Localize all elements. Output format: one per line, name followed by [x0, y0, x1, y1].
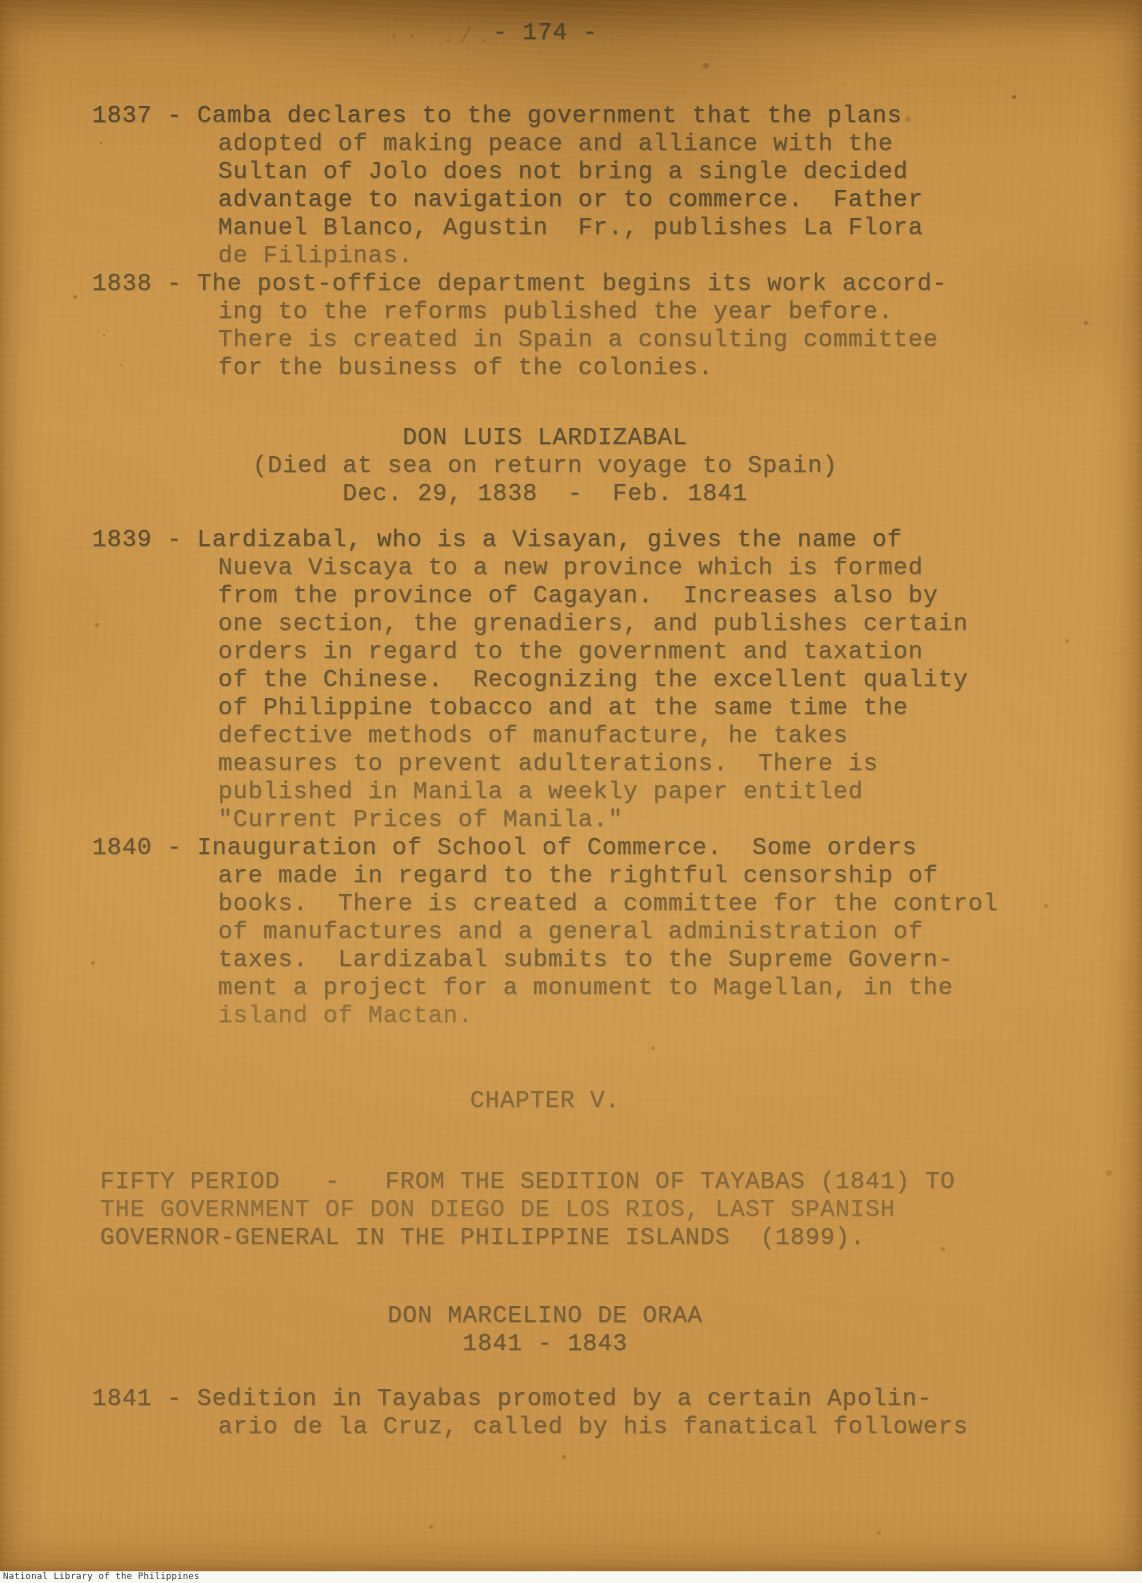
entry-text: Sedition in Tayabas promoted by a certai… — [197, 1386, 932, 1413]
year-label: 1838 — [92, 271, 152, 298]
text-line: ario de la Cruz, called by his fanatical… — [92, 1414, 968, 1442]
text-line: 1841 - 1843 — [0, 1331, 1090, 1359]
text-line: one section, the grenadiers, and publish… — [92, 611, 968, 639]
text-line: DON LUIS LARDIZABAL — [0, 425, 1090, 453]
text-line: published in Manila a weekly paper entit… — [92, 779, 968, 807]
entry-1841: 1841 - Sedition in Tayabas promoted by a… — [92, 1386, 968, 1442]
chapter-period-paragraph: FIFTY PERIOD - FROM THE SEDITION OF TAYA… — [100, 1169, 955, 1253]
text-line: island of Mactan. — [92, 1003, 998, 1031]
year-separator: - — [152, 1386, 197, 1413]
entry-first-line: 1840 - Inauguration of School of Commerc… — [92, 835, 998, 863]
year-label: 1837 — [92, 103, 152, 130]
text-line: DON MARCELINO DE ORAA — [0, 1303, 1090, 1331]
entry-1839: 1839 - Lardizabal, who is a Visayan, giv… — [92, 527, 968, 835]
chapter-heading: CHAPTER V. — [0, 1088, 1090, 1116]
text-line: are made in regard to the rightful censo… — [92, 863, 998, 891]
paper-background: ·· ./. - 174 - 1837 - Camba declares to … — [0, 0, 1142, 1573]
text-line: for the business of the colonies. — [92, 355, 947, 383]
entry-text: Lardizabal, who is a Visayan, gives the … — [197, 527, 902, 554]
text-line: measures to prevent adulterations. There… — [92, 751, 968, 779]
year-separator: - — [152, 835, 197, 862]
text-line: "Current Prices of Manila." — [92, 807, 968, 835]
entry-first-line: 1837 - Camba declares to the government … — [92, 103, 923, 131]
scanned-document-page: ·· ./. - 174 - 1837 - Camba declares to … — [0, 0, 1142, 1583]
year-label: 1840 — [92, 835, 152, 862]
text-line: of manufactures and a general administra… — [92, 919, 998, 947]
text-line: from the province of Cagayan. Increases … — [92, 583, 968, 611]
page-number: - 174 - — [0, 20, 1090, 48]
text-line: (Died at sea on return voyage to Spain) — [0, 453, 1090, 481]
text-line: CHAPTER V. — [0, 1088, 1090, 1116]
year-separator: - — [152, 271, 197, 298]
text-line: de Filipinas. — [92, 243, 923, 271]
year-label: 1841 — [92, 1386, 152, 1413]
governor-heading-oraa: DON MARCELINO DE ORAA1841 - 1843 — [0, 1303, 1090, 1359]
entry-first-line: 1838 - The post-office department begins… — [92, 271, 947, 299]
governor-heading-lardizabal: DON LUIS LARDIZABAL(Died at sea on retur… — [0, 425, 1090, 509]
typed-text-layer: ·· ./. - 174 - 1837 - Camba declares to … — [0, 0, 1142, 1572]
text-line: GOVERNOR-GENERAL IN THE PHILIPPINE ISLAN… — [100, 1225, 955, 1253]
entry-1840: 1840 - Inauguration of School of Commerc… — [92, 835, 998, 1031]
text-line: advantage to navigation or to commerce. … — [92, 187, 923, 215]
entry-first-line: 1841 - Sedition in Tayabas promoted by a… — [92, 1386, 968, 1414]
text-line: adopted of making peace and alliance wit… — [92, 131, 923, 159]
text-line: Dec. 29, 1838 - Feb. 1841 — [0, 481, 1090, 509]
text-line: Manuel Blanco, Agustin Fr., publishes La… — [92, 215, 923, 243]
text-line: FIFTY PERIOD - FROM THE SEDITION OF TAYA… — [100, 1169, 955, 1197]
text-line: ing to the reforms published the year be… — [92, 299, 947, 327]
text-line: taxes. Lardizabal submits to the Supreme… — [92, 947, 998, 975]
text-line: of the Chinese. Recognizing the excellen… — [92, 667, 968, 695]
year-separator: - — [152, 527, 197, 554]
text-line: books. There is created a committee for … — [92, 891, 998, 919]
text-line: There is created in Spain a consulting c… — [92, 327, 947, 355]
year-label: 1839 — [92, 527, 152, 554]
entry-text: Inauguration of School of Commerce. Some… — [197, 835, 917, 862]
text-line: Sultan of Jolo does not bring a single d… — [92, 159, 923, 187]
text-line: Nueva Viscaya to a new province which is… — [92, 555, 968, 583]
entry-text: Camba declares to the government that th… — [197, 103, 902, 130]
text-line: defective methods of manufacture, he tak… — [92, 723, 968, 751]
entry-1837: 1837 - Camba declares to the government … — [92, 103, 923, 271]
entry-text: The post-office department begins its wo… — [197, 271, 947, 298]
library-footer-strip: National Library of the Philippines — [0, 1571, 1142, 1583]
entry-1838: 1838 - The post-office department begins… — [92, 271, 947, 383]
year-separator: - — [152, 103, 197, 130]
text-line: ment a project for a monument to Magella… — [92, 975, 998, 1003]
text-line: of Philippine tobacco and at the same ti… — [92, 695, 968, 723]
library-footer-label: National Library of the Philippines — [3, 1572, 200, 1583]
entry-first-line: 1839 - Lardizabal, who is a Visayan, giv… — [92, 527, 968, 555]
text-line: orders in regard to the government and t… — [92, 639, 968, 667]
text-line: THE GOVERNMENT OF DON DIEGO DE LOS RIOS,… — [100, 1197, 955, 1225]
